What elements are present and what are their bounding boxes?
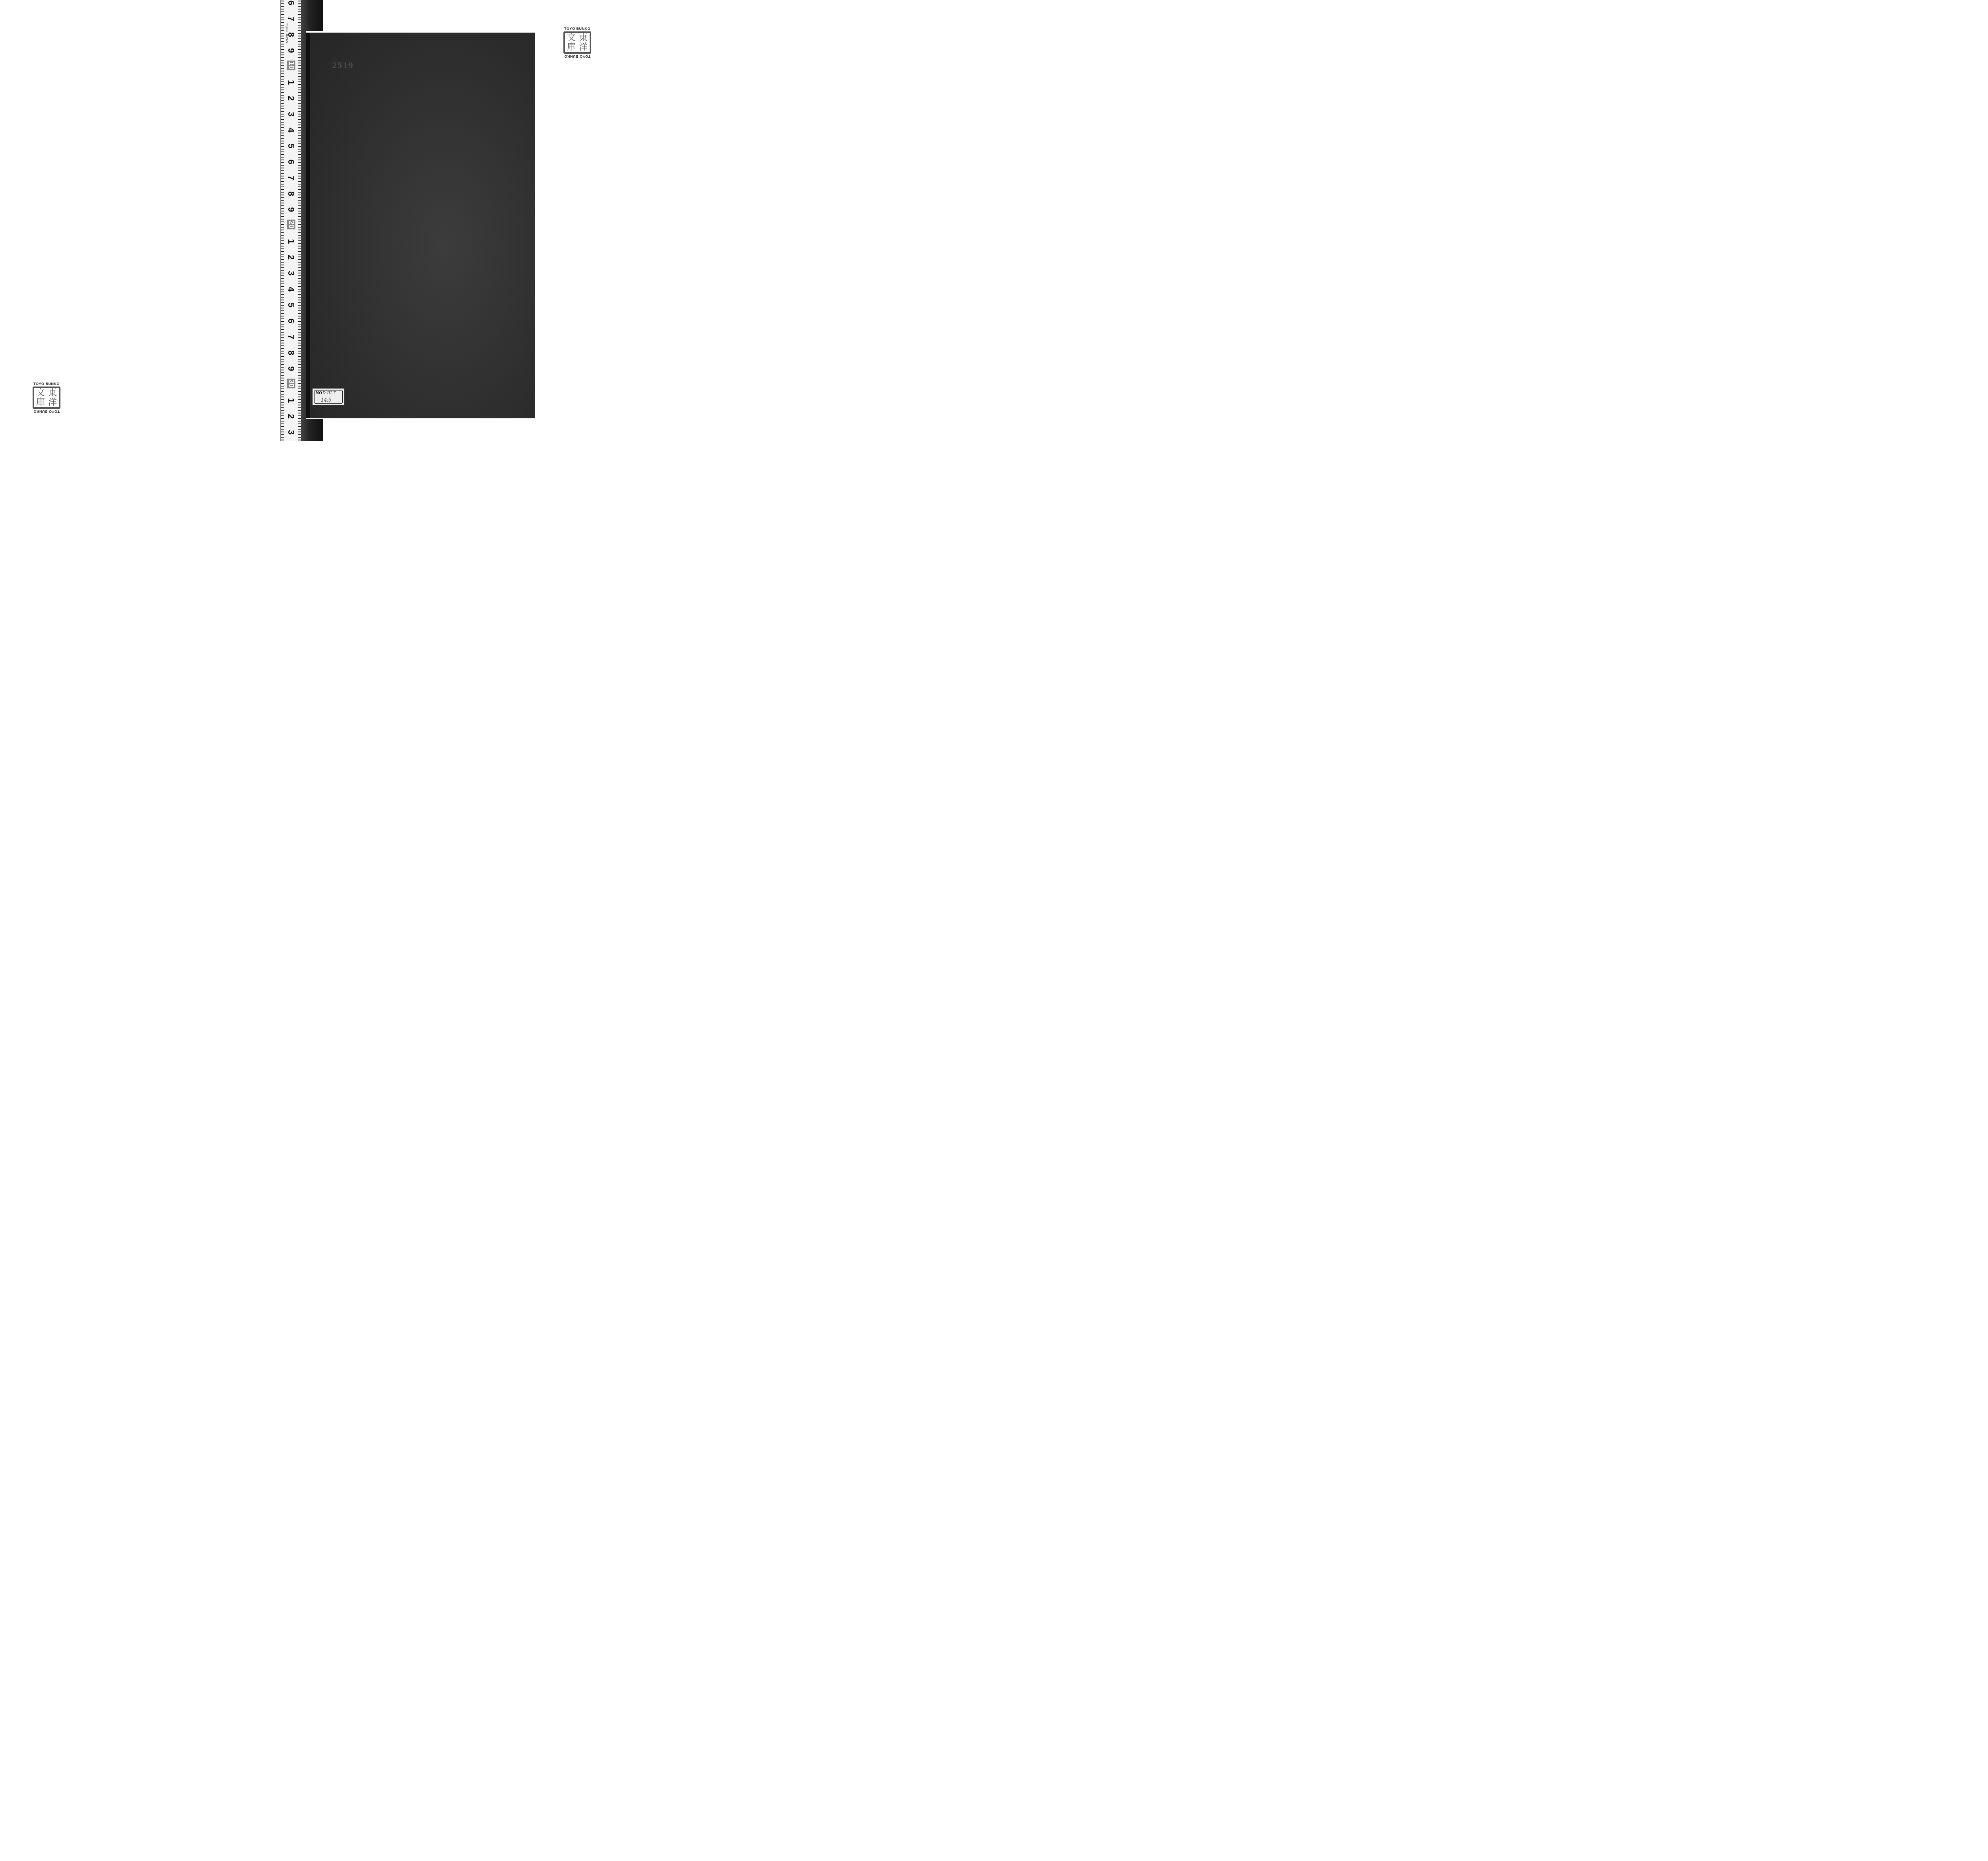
ruler-number: 9	[286, 205, 296, 214]
seal-char: 庫	[565, 43, 577, 52]
ruler-number: 8	[286, 348, 296, 357]
stamp-seal-icon: 文東庫洋	[563, 31, 591, 54]
ruler-number: 8	[286, 30, 296, 39]
ruler-number: 1	[286, 78, 296, 87]
stamp-caption-inverted: TOYO BUNKO	[561, 54, 593, 58]
ruler-number: 2	[286, 253, 296, 262]
ruler-ticks-left	[281, 0, 284, 441]
seal-char: 庫	[35, 398, 47, 407]
ruler-number: 1	[286, 396, 296, 405]
seal-char: 文	[35, 388, 47, 398]
seal-char: 洋	[577, 43, 589, 52]
ruler-number: 9	[286, 46, 296, 55]
ruler-number: 9	[286, 364, 296, 373]
seal-char: 東	[577, 33, 589, 43]
seal-char: 文	[565, 33, 577, 43]
label-call-number: D-III-7	[322, 391, 336, 395]
ruler-number: 4	[286, 284, 296, 294]
ruler-number: 4	[286, 125, 296, 135]
label-volume: 14:5	[321, 397, 332, 403]
ruler-number: 7	[286, 173, 296, 183]
seal-char: 東	[47, 388, 58, 398]
label-prefix: NO	[316, 391, 322, 395]
ruler-number: 7	[286, 332, 296, 342]
toyo-bunko-stamp-top-right: TOYO BUNKO 文東庫洋 TOYO BUNKO	[561, 27, 593, 58]
library-label: NO D-III-7 14:5	[313, 389, 344, 405]
ruler-number: 6	[286, 157, 296, 167]
cover-number: 2519	[332, 62, 353, 70]
stamp-caption: TOYO BUNKO	[561, 27, 593, 31]
ruler-number: 8	[286, 189, 296, 198]
label-frame: NO D-III-7 14:5	[314, 390, 343, 404]
ruler-number: 2	[286, 93, 296, 103]
stamp-caption-inverted: TOYO BUNKO	[31, 410, 62, 414]
stamp-seal-icon: 文東庫洋	[33, 387, 60, 409]
book-cover	[306, 33, 535, 418]
ruler-number: 30	[287, 379, 295, 389]
ruler-number: 2	[286, 412, 296, 421]
ruler-number: 3	[286, 427, 296, 437]
measuring-ruler: Tajima JAPAN 678910123456789201234567893…	[280, 0, 302, 441]
ruler-number: 3	[286, 109, 296, 119]
ruler-number: 5	[286, 300, 296, 310]
ruler-number: 6	[286, 0, 296, 8]
ruler-number: 5	[286, 141, 296, 151]
ruler-number: 20	[287, 220, 295, 229]
ruler-number: 10	[287, 61, 295, 70]
stamp-caption: TOYO BUNKO	[31, 382, 62, 386]
ruler-number: 6	[286, 316, 296, 326]
ruler-number: 7	[286, 14, 296, 23]
ruler-number: 1	[286, 237, 296, 246]
ruler-number: 3	[286, 268, 296, 278]
toyo-bunko-stamp-bottom-left: TOYO BUNKO 文東庫洋 TOYO BUNKO	[31, 382, 62, 414]
label-row: NO D-III-7	[315, 390, 342, 397]
seal-char: 洋	[47, 398, 58, 407]
